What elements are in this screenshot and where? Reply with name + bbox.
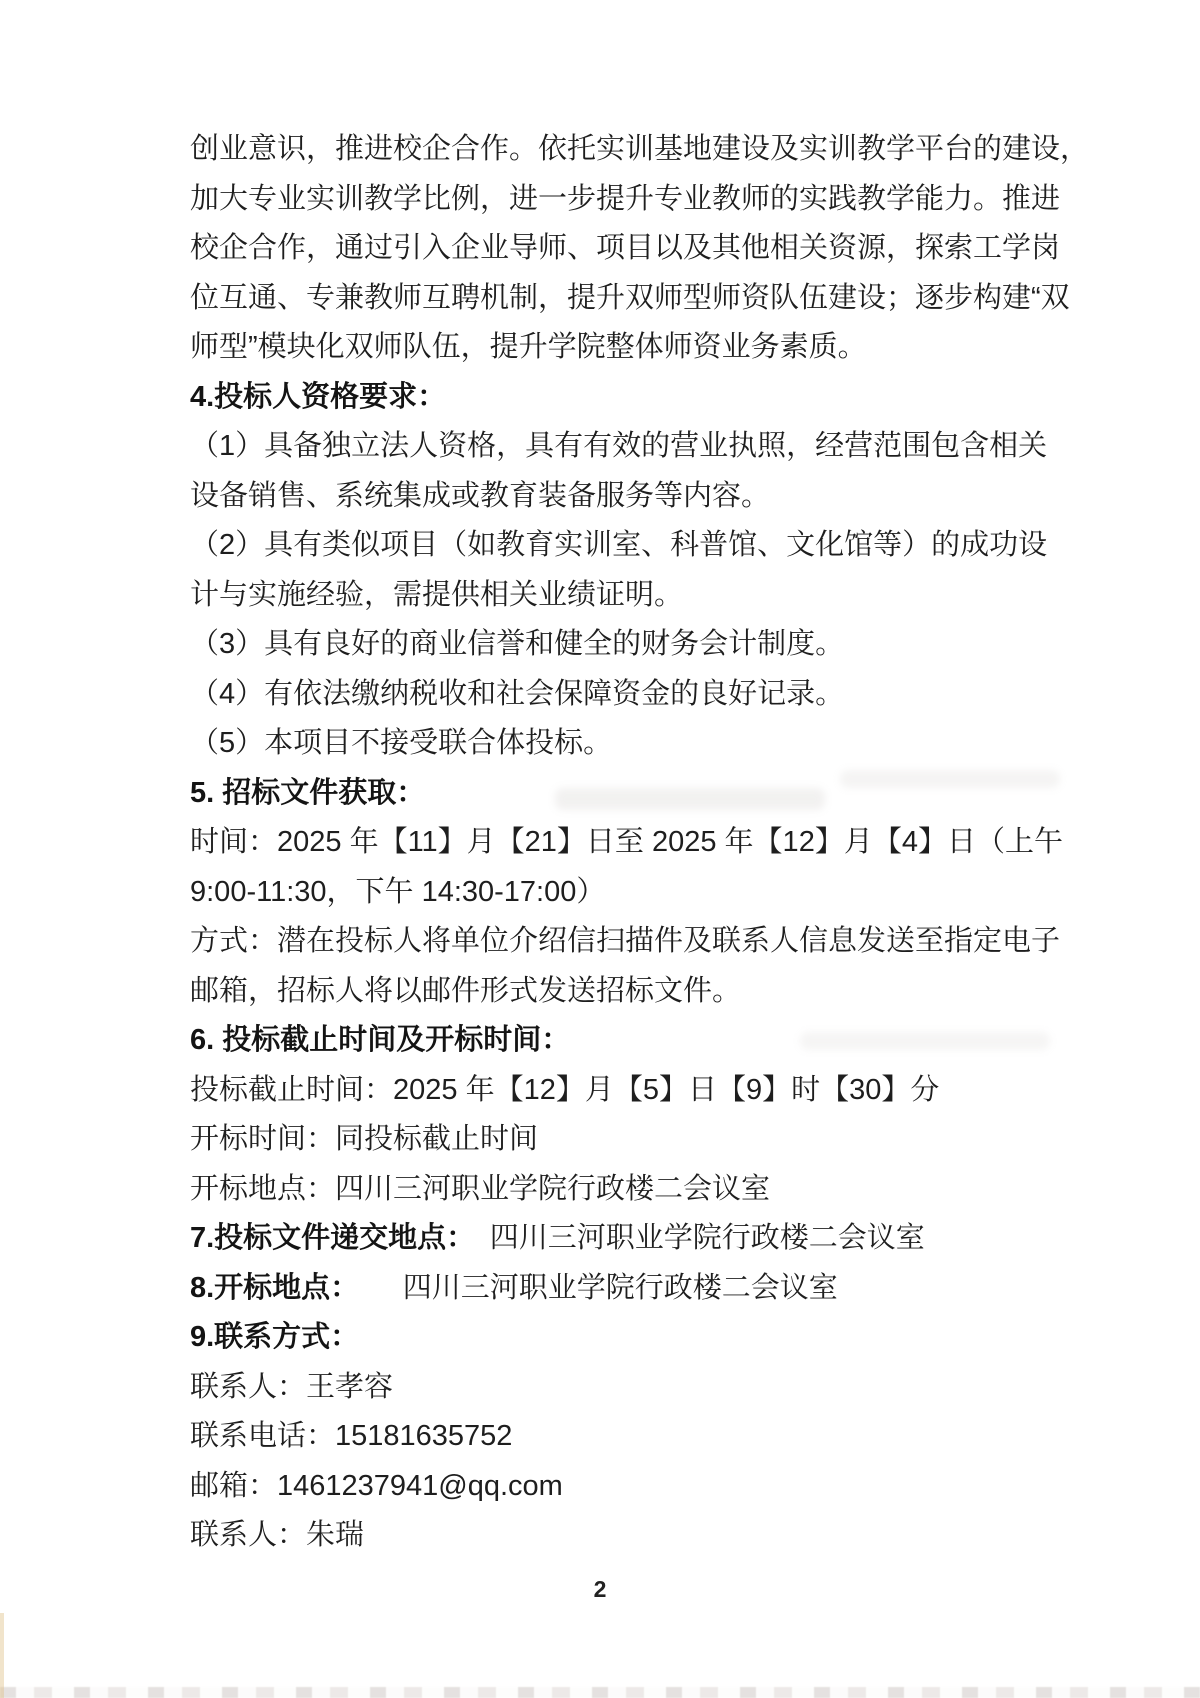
document-line: 加大专业实训教学比例，进一步提升专业教师的实践教学能力。推进 xyxy=(190,175,1070,225)
document-line: （2）具有类似项目（如教育实训室、科普馆、文化馆等）的成功设 xyxy=(190,521,1070,571)
document-line: （5）本项目不接受联合体投标。 xyxy=(190,719,1070,769)
document-line: （1）具备独立法人资格，具有有效的营业执照，经营范围包含相关 xyxy=(190,422,1070,472)
document-line: 设备销售、系统集成或教育装备服务等内容。 xyxy=(190,472,1070,522)
document-line: 9.联系方式： xyxy=(190,1313,1070,1363)
line-heading-part: 7.投标文件递交地点： xyxy=(190,1222,461,1254)
document-line: 邮箱：1461237941@qq.com xyxy=(190,1462,1070,1512)
scan-artifact xyxy=(840,770,1060,788)
document-line: 8.开标地点： 四川三河职业学院行政楼二会议室 xyxy=(190,1264,1070,1314)
document-line: 7.投标文件递交地点： 四川三河职业学院行政楼二会议室 xyxy=(190,1214,1070,1264)
scan-noise-band xyxy=(0,1687,1200,1698)
document-line: （3）具有良好的商业信誉和健全的财务会计制度。 xyxy=(190,620,1070,670)
scan-artifact xyxy=(800,1032,1050,1050)
document-content: 创业意识，推进校企合作。依托实训基地建设及实训教学平台的建设，加大专业实训教学比… xyxy=(190,125,1070,1561)
document-line: 邮箱，招标人将以邮件形式发送招标文件。 xyxy=(190,967,1070,1017)
document-line: 创业意识，推进校企合作。依托实训基地建设及实训教学平台的建设， xyxy=(190,125,1070,175)
document-line: 联系电话：15181635752 xyxy=(190,1412,1070,1462)
document-page: 创业意识，推进校企合作。依托实训基地建设及实训教学平台的建设，加大专业实训教学比… xyxy=(0,0,1200,1698)
document-line: 投标截止时间：2025 年【12】月【5】日【9】时【30】分 xyxy=(190,1066,1070,1116)
document-line: 开标地点：四川三河职业学院行政楼二会议室 xyxy=(190,1165,1070,1215)
scan-artifact xyxy=(555,788,825,810)
document-line: 联系人：朱瑞 xyxy=(190,1511,1070,1561)
document-line: 开标时间：同投标截止时间 xyxy=(190,1115,1070,1165)
scan-edge-artifact xyxy=(0,1613,4,1698)
document-line: （4）有依法缴纳税收和社会保障资金的良好记录。 xyxy=(190,670,1070,720)
line-heading-part: 8.开标地点： xyxy=(190,1272,345,1304)
document-line: 时间：2025 年【11】月【21】日至 2025 年【12】月【4】日（上午 xyxy=(190,818,1070,868)
line-normal-part: 四川三河职业学院行政楼二会议室 xyxy=(345,1272,838,1304)
document-line: 计与实施经验，需提供相关业绩证明。 xyxy=(190,571,1070,621)
document-line: 4.投标人资格要求： xyxy=(190,373,1070,423)
page-number: 2 xyxy=(0,1576,1200,1603)
line-normal-part: 四川三河职业学院行政楼二会议室 xyxy=(461,1222,925,1254)
document-line: 9:00-11:30，下午 14:30-17:00） xyxy=(190,868,1070,918)
document-line: 校企合作，通过引入企业导师、项目以及其他相关资源，探索工学岗 xyxy=(190,224,1070,274)
document-line: 方式：潜在投标人将单位介绍信扫描件及联系人信息发送至指定电子 xyxy=(190,917,1070,967)
document-line: 位互通、专兼教师互聘机制，提升双师型师资队伍建设；逐步构建“双 xyxy=(190,274,1070,324)
document-line: 联系人：王孝容 xyxy=(190,1363,1070,1413)
document-line: 师型”模块化双师队伍，提升学院整体师资业务素质。 xyxy=(190,323,1070,373)
